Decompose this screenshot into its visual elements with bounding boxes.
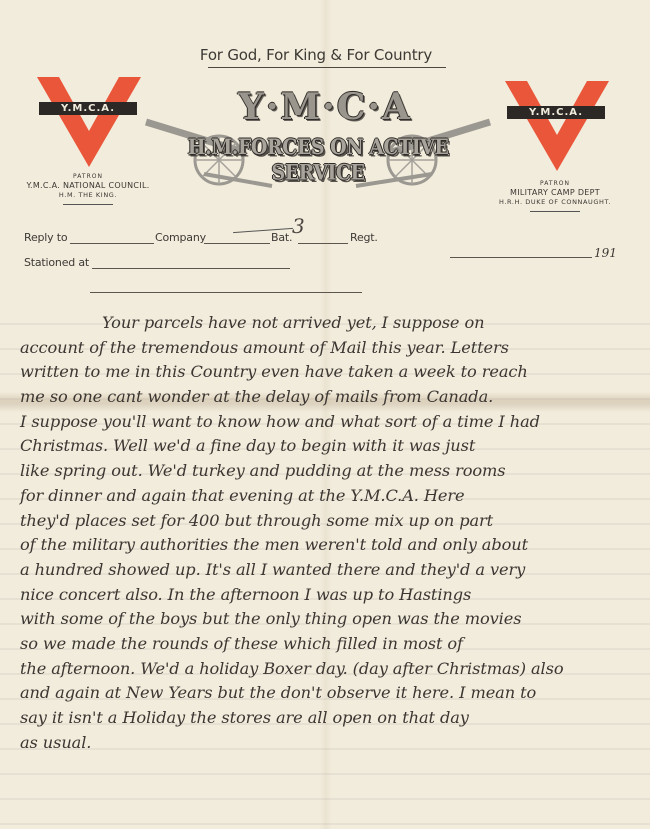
- letter-line: like spring out. We'd turkey and pudding…: [20, 459, 635, 484]
- ymca-triangle-logo-right: Y.M.C.A.: [505, 81, 609, 181]
- company-blank: [204, 243, 270, 244]
- letter-line: say it isn't a Holiday the stores are al…: [20, 706, 635, 731]
- date-blank: [450, 257, 592, 258]
- divider: [63, 204, 113, 205]
- page-number: 3: [292, 214, 305, 238]
- letter-line: I suppose you'll want to know how and wh…: [20, 410, 635, 435]
- stationed-at-blank: [92, 268, 290, 269]
- patron-block-left: PATRON Y.M.C.A. NATIONAL COUNCIL. H.M. T…: [18, 173, 158, 205]
- letter-line: so we made the rounds of these which fil…: [20, 632, 635, 657]
- letter-line: and again at New Years but the don't obs…: [20, 681, 635, 706]
- letter-line: of the military authorities the men were…: [20, 533, 635, 558]
- reply-to-blank: [70, 243, 154, 244]
- patron-label: PATRON: [18, 173, 158, 180]
- letter-line: they'd places set for 400 but through so…: [20, 509, 635, 534]
- letter-line: for dinner and again that evening at the…: [20, 484, 635, 509]
- letter-body: Your parcels have not arrived yet, I sup…: [20, 311, 635, 755]
- letter-line: the afternoon. We'd a holiday Boxer day.…: [20, 657, 635, 682]
- patron-org: Y.M.C.A. NATIONAL COUNCIL.: [18, 181, 158, 190]
- motto-underline: [208, 67, 446, 68]
- stationed-at-blank-2: [90, 292, 362, 293]
- letter-line: Your parcels have not arrived yet, I sup…: [20, 311, 635, 336]
- logo-band: Y.M.C.A.: [39, 102, 137, 115]
- bat-blank: [298, 243, 348, 244]
- letter-line: a hundred showed up. It's all I wanted t…: [20, 558, 635, 583]
- patron-name: H.R.H. DUKE OF CONNAUGHT.: [480, 198, 630, 206]
- letter-line: account of the tremendous amount of Mail…: [20, 336, 635, 361]
- ymca-triangle-logo-left: Y.M.C.A.: [37, 77, 141, 177]
- patron-name: H.M. THE KING.: [18, 191, 158, 199]
- ymca-title: Y·M·C·A: [204, 86, 446, 128]
- divider: [530, 211, 580, 212]
- letter-line: Christmas. Well we'd a fine day to begin…: [20, 434, 635, 459]
- logo-band: Y.M.C.A.: [507, 106, 605, 119]
- stationed-at-label: Stationed at: [24, 256, 89, 269]
- year-prefix: 191: [594, 246, 617, 260]
- patron-block-right: PATRON MILITARY CAMP DEPT H.R.H. DUKE OF…: [480, 180, 630, 212]
- company-label: Company: [155, 231, 206, 244]
- motto: For God, For King & For Country: [178, 46, 454, 64]
- letter-line: written to me in this Country even have …: [20, 360, 635, 385]
- letter-line: as usual.: [20, 731, 635, 756]
- forces-subtitle: H.M.FORCES ON ACTIVE SERVICE: [150, 135, 486, 186]
- reply-to-label: Reply to: [24, 231, 67, 244]
- letter-line: nice concert also. In the afternoon I wa…: [20, 583, 635, 608]
- patron-label: PATRON: [480, 180, 630, 187]
- letter-line: me so one cant wonder at the delay of ma…: [20, 385, 635, 410]
- letter-line: with some of the boys but the only thing…: [20, 607, 635, 632]
- regt-label: Regt.: [350, 231, 378, 244]
- patron-org: MILITARY CAMP DEPT: [480, 188, 630, 197]
- bat-label: Bat.: [271, 231, 292, 244]
